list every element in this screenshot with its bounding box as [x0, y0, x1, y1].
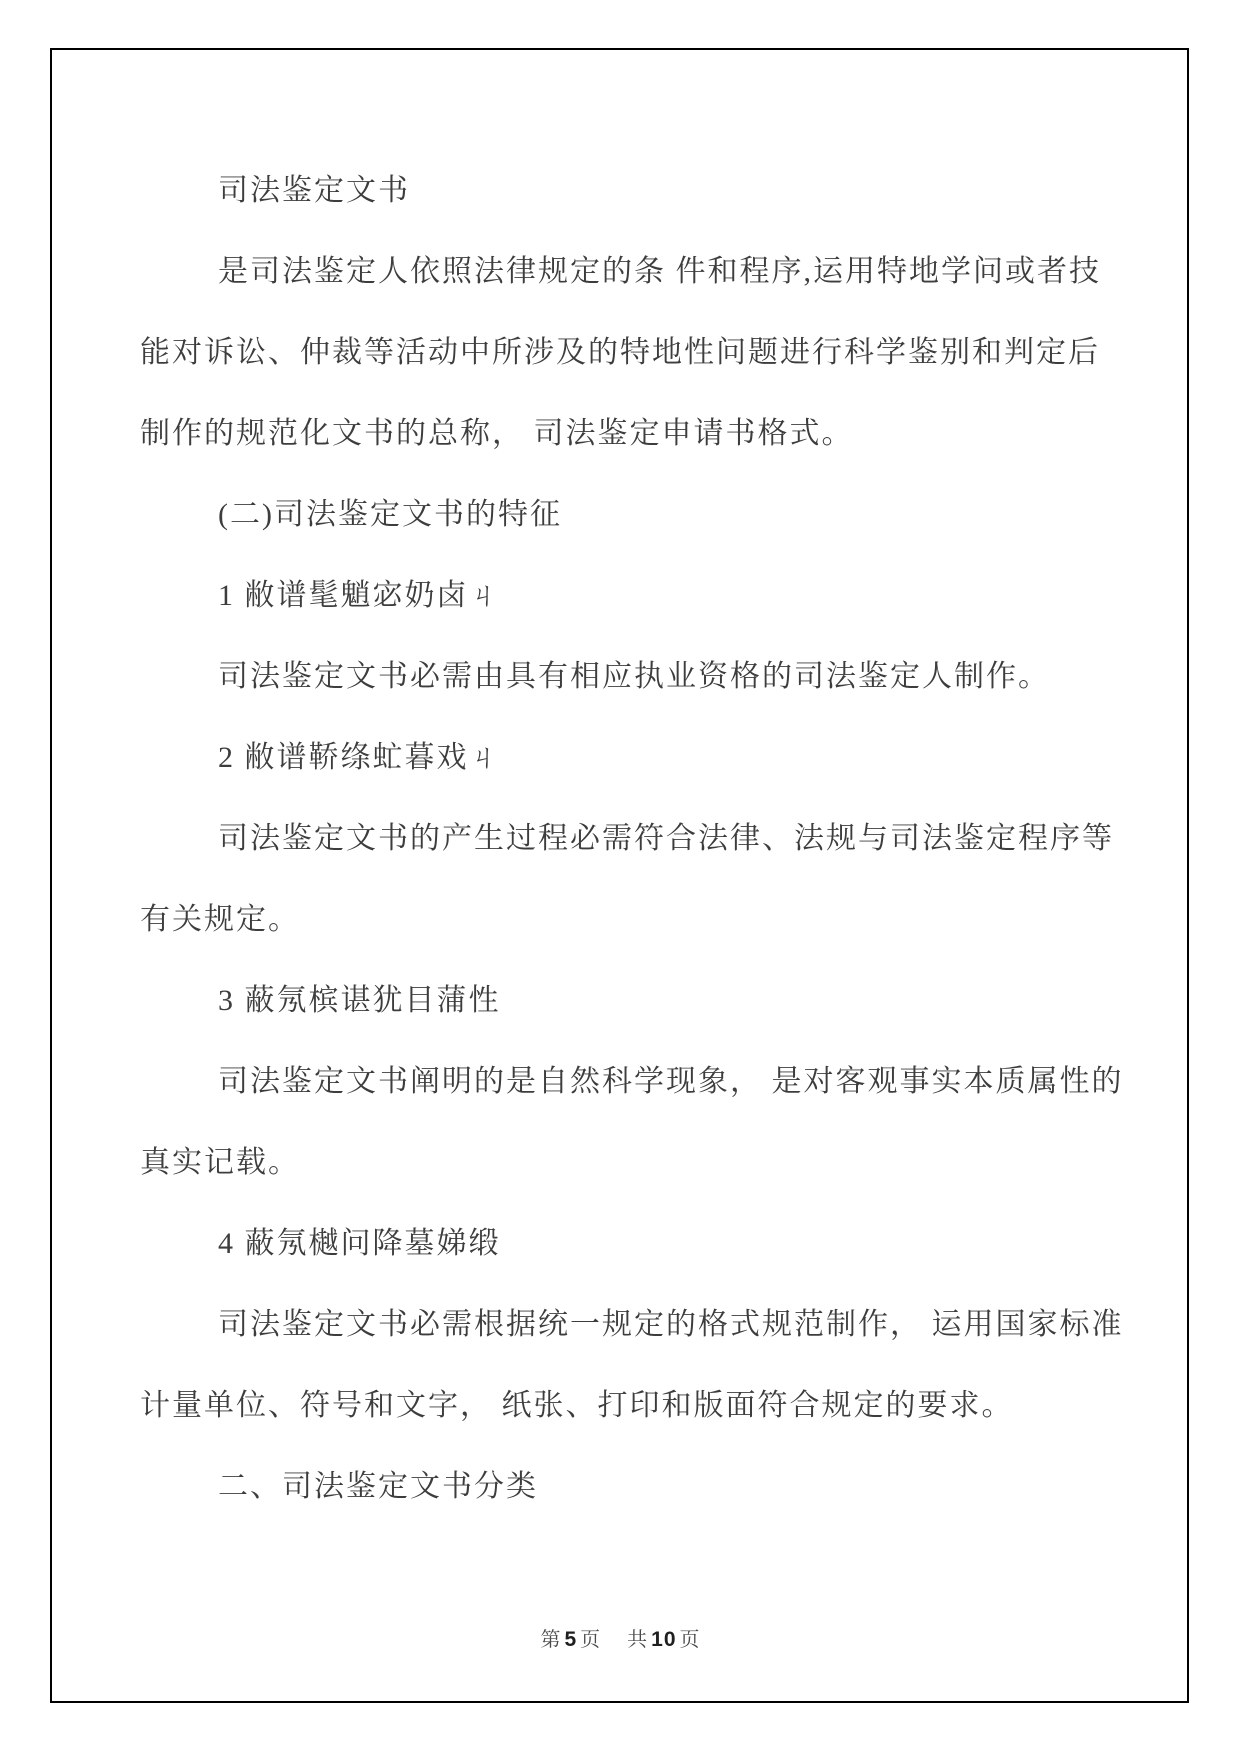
current-page-number: 5 — [561, 1628, 580, 1651]
text-line: 制作的规范化文书的总称， 司法鉴定申请书格式。 — [140, 393, 1106, 474]
page-label-suffix: 页 — [580, 1629, 601, 1651]
text-line: (二)司法鉴定文书的特征 — [140, 474, 1106, 555]
text-line: 1 敝谱髦魈宓奶卤ㄐ — [140, 555, 1106, 636]
text-line: 司法鉴定文书必需根据统一规定的格式规范制作， 运用国家标准 — [140, 1284, 1106, 1365]
text-line: 是司法鉴定人依照法律规定的条 件和程序,运用特地学问或者技 — [140, 231, 1106, 312]
page-label-prefix: 第 — [540, 1629, 561, 1651]
text-line: 4 蔽氖樾问降墓娣缎 — [140, 1203, 1106, 1284]
text-line: 真实记载。 — [140, 1122, 1106, 1203]
text-line: 有关规定。 — [140, 879, 1106, 960]
text-line: 2 敝谱鞒绦虻暮戏ㄐ — [140, 717, 1106, 798]
document-page: 司法鉴定文书 是司法鉴定人依照法律规定的条 件和程序,运用特地学问或者技 能对诉… — [0, 0, 1241, 1754]
text-line: 司法鉴定文书阐明的是自然科学现象， 是对客观事实本质属性的 — [140, 1041, 1106, 1122]
total-label-prefix: 共 — [627, 1629, 648, 1651]
total-page-number: 10 — [648, 1628, 679, 1651]
text-line: 二、司法鉴定文书分类 — [140, 1446, 1106, 1527]
document-body: 司法鉴定文书 是司法鉴定人依照法律规定的条 件和程序,运用特地学问或者技 能对诉… — [140, 150, 1106, 1527]
text-line: 能对诉讼、仲裁等活动中所涉及的特地性问题进行科学鉴别和判定后 — [140, 312, 1106, 393]
page-footer: 第5页共10页 — [0, 1623, 1241, 1652]
text-line: 司法鉴定文书的产生过程必需符合法律、法规与司法鉴定程序等 — [140, 798, 1106, 879]
text-line: 3 蔽氖槟谌犹目蒲性 — [140, 960, 1106, 1041]
text-line: 司法鉴定文书必需由具有相应执业资格的司法鉴定人制作。 — [140, 636, 1106, 717]
text-line: 计量单位、符号和文字， 纸张、打印和版面符合规定的要求。 — [140, 1365, 1106, 1446]
text-line: 司法鉴定文书 — [140, 150, 1106, 231]
total-label-suffix: 页 — [680, 1629, 701, 1651]
